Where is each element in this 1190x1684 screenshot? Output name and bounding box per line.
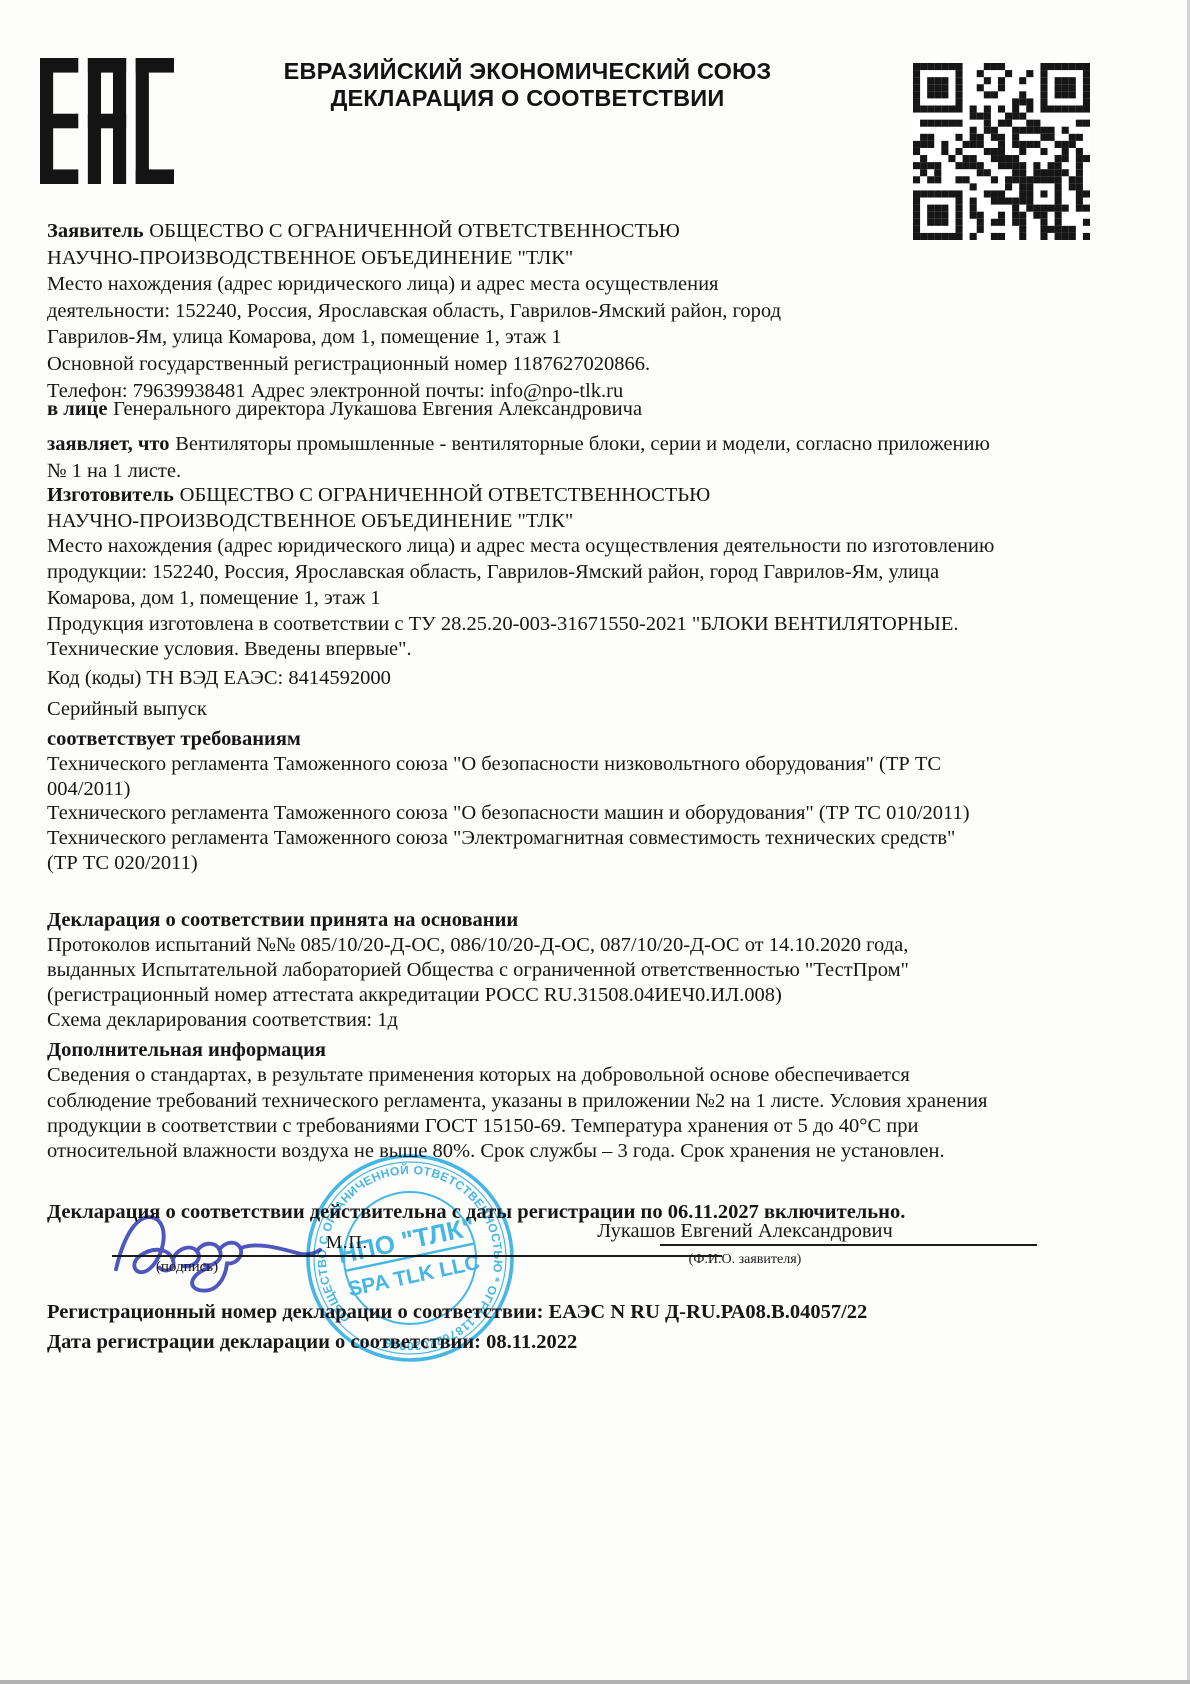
applicant-ogrn-line: Основной государственный регистрационный… xyxy=(47,351,781,378)
applicant-line4: деятельности: 152240, Россия, Ярославска… xyxy=(47,298,781,325)
compliance-label: соответствует требованиям xyxy=(47,727,970,752)
manufacturer-line4: продукции: 152240, Россия, Ярославская о… xyxy=(47,560,994,586)
basis-label: Декларация о соответствии принята на осн… xyxy=(47,908,909,933)
registration-date-line: Дата регистрации декларации о соответств… xyxy=(47,1331,577,1354)
manufacturer-line3: Место нахождения (адрес юридического лиц… xyxy=(47,534,994,560)
principal-line: в лицеГенерального директора Лукашова Ев… xyxy=(47,398,642,421)
doc-title: ДЕКЛАРАЦИЯ О СООТВЕТСТВИИ xyxy=(270,85,785,112)
eac-logo-glyph xyxy=(40,58,174,184)
compliance-line2: 004/2011) xyxy=(47,777,970,802)
qr-code-icon xyxy=(913,63,1090,240)
document-title: ЕВРАЗИЙСКИЙ ЭКОНОМИЧЕСКИЙ СОЮЗ ДЕКЛАРАЦИ… xyxy=(270,58,785,112)
manufacturer-line2: НАУЧНО-ПРОИЗВОДСТВЕННОЕ ОБЪЕДИНЕНИЕ "ТЛК… xyxy=(47,509,994,535)
tnved-code-line: Код (коды) ТН ВЭД ЕАЭС: 8414592000 xyxy=(47,667,391,690)
fio-caption: (Ф.И.О. заявителя) xyxy=(645,1252,845,1268)
applicant-label: Заявитель xyxy=(47,220,144,242)
manufacturer-tu-line2: Технические условия. Введены впервые". xyxy=(47,637,994,663)
applicant-line5: Гаврилов-Ям, улица Комарова, дом 1, поме… xyxy=(47,324,781,351)
serial-release-line: Серийный выпуск xyxy=(47,698,207,721)
declaration-page: ЕВРАЗИЙСКИЙ ЭКОНОМИЧЕСКИЙ СОЮЗ ДЕКЛАРАЦИ… xyxy=(0,0,1190,1684)
manufacturer-line1: ИзготовительОБЩЕСТВО С ОГРАНИЧЕННОЙ ОТВЕ… xyxy=(47,483,994,509)
basis-section: Декларация о соответствии принята на осн… xyxy=(47,908,909,1033)
manufacturer-tu-line: Продукция изготовлена в соответствии с Т… xyxy=(47,612,994,638)
compliance-line3: Технического регламента Таможенного союз… xyxy=(47,801,970,826)
basis-accreditation-line: (регистрационный номер аттестата аккреди… xyxy=(47,983,909,1008)
applicant-fio: Лукашов Евгений Александрович xyxy=(595,1220,895,1243)
applicant-line3: Место нахождения (адрес юридического лиц… xyxy=(47,271,781,298)
registration-number-line: Регистрационный номер декларации о соотв… xyxy=(47,1301,867,1324)
declares-line1: заявляет, чтоВентиляторы промышленные - … xyxy=(47,431,990,458)
scan-edge-bottom xyxy=(0,1680,1190,1684)
compliance-line4: Технического регламента Таможенного союз… xyxy=(47,826,970,851)
applicant-section: ЗаявительОБЩЕСТВО С ОГРАНИЧЕННОЙ ОТВЕТСТ… xyxy=(47,218,781,404)
declares-label: заявляет, что xyxy=(47,433,169,455)
eac-logo xyxy=(40,58,174,184)
fio-line xyxy=(660,1244,1037,1246)
compliance-section: соответствует требованиям Технического р… xyxy=(47,727,970,876)
compliance-line1: Технического регламента Таможенного союз… xyxy=(47,752,970,777)
manufacturer-label: Изготовитель xyxy=(47,484,174,506)
signature-caption: (подпись) xyxy=(127,1259,247,1276)
declares-section: заявляет, чтоВентиляторы промышленные - … xyxy=(47,431,990,485)
basis-scheme-line: Схема декларирования соответствия: 1д xyxy=(47,1008,909,1033)
manufacturer-section: ИзготовительОБЩЕСТВО С ОГРАНИЧЕННОЙ ОТВЕ… xyxy=(47,483,994,663)
manufacturer-line5: Комарова, дом 1, помещение 1, этаж 1 xyxy=(47,586,994,612)
qr-code-pattern xyxy=(913,63,1090,240)
principal-label: в лице xyxy=(47,398,107,420)
compliance-line5: (ТР ТС 020/2011) xyxy=(47,851,970,876)
additional-line1: Сведения о стандартах, в результате прим… xyxy=(47,1063,987,1088)
basis-protocols-line: Протоколов испытаний №№ 085/10/20-Д-ОС, … xyxy=(47,933,909,958)
union-title: ЕВРАЗИЙСКИЙ ЭКОНОМИЧЕСКИЙ СОЮЗ xyxy=(270,58,785,85)
additional-info-label: Дополнительная информация xyxy=(47,1038,987,1063)
basis-lab-line: выданных Испытательной лабораторией Обще… xyxy=(47,958,909,983)
applicant-line1: ЗаявительОБЩЕСТВО С ОГРАНИЧЕННОЙ ОТВЕТСТ… xyxy=(47,218,781,245)
stamp-center: НПО "ТЛК" SPA TLK LLC xyxy=(335,1211,484,1302)
additional-line3: продукции в соответствии с требованиями … xyxy=(47,1114,987,1139)
applicant-line2: НАУЧНО-ПРОИЗВОДСТВЕННОЕ ОБЪЕДИНЕНИЕ "ТЛК… xyxy=(47,245,781,272)
additional-line2: соблюдение требований технического регла… xyxy=(47,1089,987,1114)
declares-line2: № 1 на 1 листе. xyxy=(47,458,990,485)
